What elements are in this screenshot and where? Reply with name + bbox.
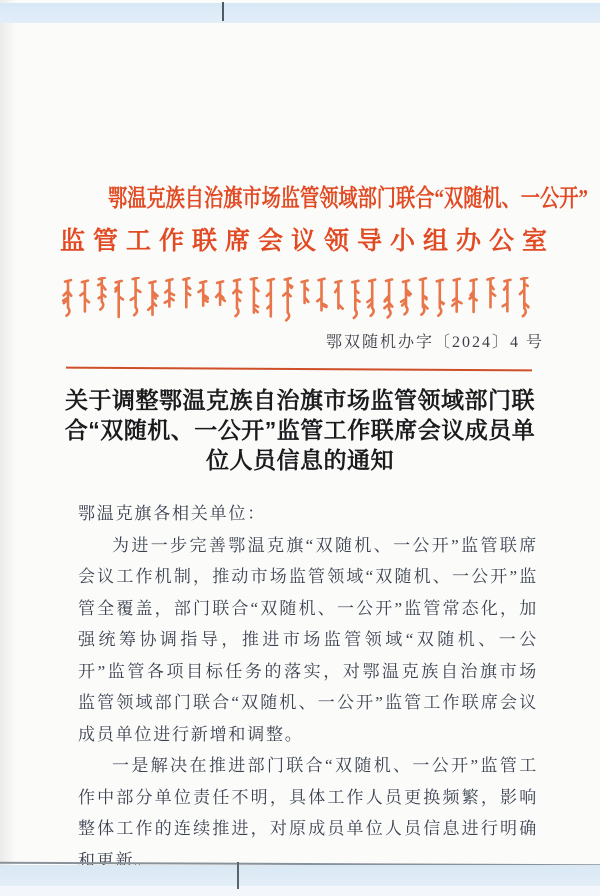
scanned-document-page: 鄂温克族自治旗市场监管领域部门联合“双随机、一公开” 监管工作联席会议领导小组办… [0,0,600,896]
document-body: 鄂温克旗各相关单位： 为进一步完善鄂温克旗“双随机、一公开”监管联席会议工作机制… [78,498,538,876]
body-paragraph-2: 一是解决在推进部门联合“双随机、一公开”监管工作中部分单位责任不明，具体工作人员… [78,750,538,876]
scan-bottom-fade [0,886,600,896]
agency-header-line1: 鄂温克族自治旗市场监管领域部门联合“双随机、一公开” [108,182,492,216]
salutation: 鄂温克旗各相关单位： [78,498,538,530]
scan-bottom-edge-tick [237,862,239,889]
scan-bottom-band [0,865,600,886]
document-title: 关于调整鄂温克族自治旗市场监管领域部门联合“双随机、一公开”监管工作联席会议成员… [58,385,542,475]
scan-top-band [0,3,600,23]
scan-left-edge-shadow [0,0,16,896]
scan-top-edge-tick [222,2,224,21]
document-number: 鄂双随机办字〔2024〕4 号 [326,329,544,352]
mongolian-script-band [62,277,538,323]
body-paragraph-1: 为进一步完善鄂温克旗“双随机、一公开”监管联席会议工作机制，推动市场监管领域“双… [78,530,538,751]
red-separator-rule [66,367,532,372]
agency-header: 鄂温克族自治旗市场监管领域部门联合“双随机、一公开” 监管工作联席会议领导小组办… [60,182,540,262]
agency-header-line2: 监管工作联席会议领导小组办公室 [60,222,548,262]
